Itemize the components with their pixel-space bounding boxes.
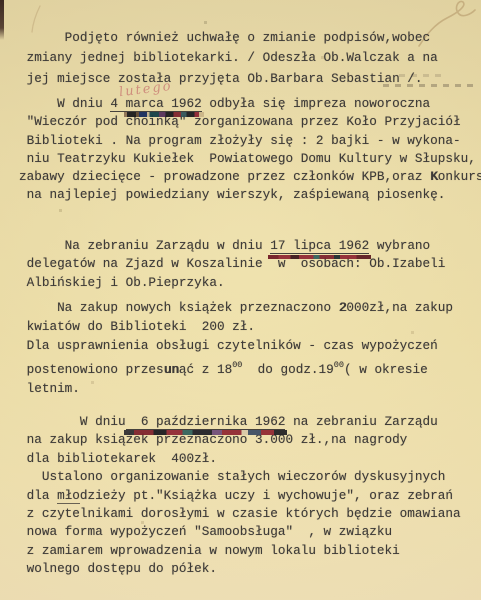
text-line: nowa forma wypożyczeń "Samoobsługa" , w …: [19, 523, 461, 541]
paragraph-5: W dniu 6 października 1962 na zebraniu Z…: [19, 413, 461, 579]
text-line: z zamiarem wprowadzenia w nowym lokalu b…: [19, 542, 461, 560]
text-line: wolnego dostępu do półek.: [19, 560, 461, 578]
text-line: letnim.: [19, 379, 453, 398]
paragraph-4: Na zakup nowych książek przeznaczono 200…: [19, 298, 453, 398]
text-line: jej miejsce została przyjęta Ob.Barbara …: [19, 69, 438, 89]
paragraph-2: W dniu 4 marca 1962 odbyła się impreza n…: [19, 95, 481, 205]
text-line: delegatów na Zjazd w Koszalinie w osobac…: [19, 255, 445, 273]
paragraph-3: Na zebraniu Zarządu w dniu 17 lipca 1962…: [19, 237, 445, 292]
text-line: W dniu 6 października 1962 na zebraniu Z…: [19, 413, 461, 431]
text-line: Podjęto również uchwałę o zmianie podpis…: [19, 28, 438, 48]
paper-speckles: [0, 0, 1, 1]
page-edge-shadow: [0, 0, 4, 40]
paragraph-1: Podjęto również uchwałę o zmianie podpis…: [19, 28, 438, 89]
text-line: dla młodzieży pt."Książka uczy i wychowu…: [19, 487, 461, 505]
text-line: Dla usprawnienia obsługi czytelników - c…: [19, 336, 453, 355]
text-line: kwiatów do Biblioteki 200 zł.: [19, 317, 453, 336]
text-line: Na zakup nowych książek przeznaczono 200…: [19, 298, 453, 317]
text-line: niu Teatrzyku Kukiełek Powiatowego Domu …: [19, 150, 481, 168]
text-line: postenowiono przesunąć z 1800 do godz.19…: [19, 356, 453, 379]
text-line: zabawy dziecięce - prowadzone przez czło…: [19, 168, 481, 186]
text-line: Na zebraniu Zarządu w dniu 17 lipca 1962…: [19, 237, 445, 255]
text-line: Albińskiej i Ob.Pieprzyka.: [19, 274, 445, 292]
text-line: W dniu 4 marca 1962 odbyła się impreza n…: [19, 95, 481, 113]
text-line: "Wieczór pod choinką" zorganizowana prze…: [19, 113, 481, 131]
document-page: lutego Podjęto również uchwałę o zmianie…: [0, 0, 481, 600]
text-line: na najlepiej powiedziany wierszyk, zaśpi…: [19, 186, 481, 204]
text-line: Biblioteki . Na program złożyły się : 2 …: [19, 132, 481, 150]
text-line: z czytelnikami dorosłymi w czasie któryc…: [19, 505, 461, 523]
text-line: Ustalono organizowanie stałych wieczorów…: [19, 468, 461, 486]
text-line: zmiany jednej bibliotekarki. / Odeszła O…: [19, 48, 438, 68]
text-line: dla bibliotekarek 400zł.: [19, 450, 461, 468]
